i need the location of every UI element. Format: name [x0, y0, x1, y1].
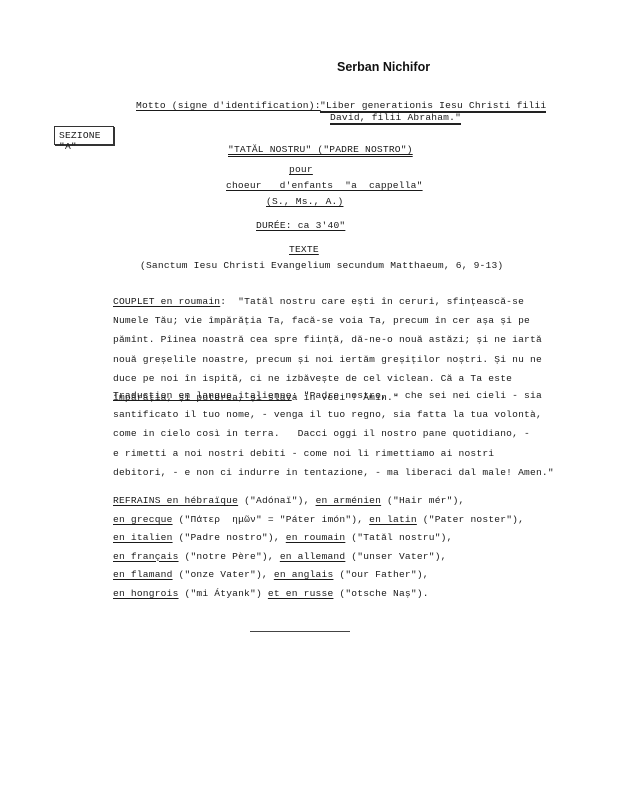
- pour-wrap: pour: [289, 164, 313, 175]
- motto-line-1-wrap: "Liber generationis Iesu Christi filii: [320, 100, 546, 111]
- title-wrap: "TATĂL NOSTRU" ("PADRE NOSTRO"): [228, 144, 413, 155]
- ensemble-wrap: choeur d'enfants "a cappella": [226, 180, 423, 191]
- couplet-line: nouă greșelile noastre, precum și noi ie…: [113, 350, 542, 369]
- motto-line-2-wrap: David, filii Abraham.": [330, 112, 461, 123]
- couplet-line: pămînt. Pîinea noastră cea spre ființă, …: [113, 330, 542, 349]
- refrain-line: en italien ("Padre nostro"), en roumain …: [113, 529, 524, 548]
- traduction-line: e rimetti a noi nostri debiti - come noi…: [113, 444, 554, 463]
- traduction-line: Traduction en langue italienne: "Padre n…: [113, 386, 554, 405]
- title-voices: (S., Ms., A.): [266, 196, 343, 207]
- refrains-block: REFRAINS en hébraïque ("Adónaï"), en arm…: [113, 492, 524, 603]
- refrain-line: en grecque ("Πάτερ ημῶν" = "Páter imón")…: [113, 511, 524, 530]
- section-box: SEZIONE "A": [54, 126, 114, 145]
- title-ensemble: choeur d'enfants "a cappella": [226, 180, 423, 191]
- section-label: SEZIONE "A": [59, 130, 113, 152]
- traduction-line: come in cielo così in terra. Dacci oggi …: [113, 424, 554, 443]
- motto-label-wrap: Motto (signe d'identification):: [136, 100, 321, 111]
- duration-wrap: DURÉE: ca 3'40": [256, 220, 345, 231]
- voices-wrap: (S., Ms., A.): [266, 196, 343, 207]
- traduction-line: debitori, - e non ci indurre in tentazio…: [113, 463, 554, 482]
- author-name: Serban Nichifor: [337, 60, 430, 74]
- refrain-line: en hongrois ("mi Átyank") et en russe ("…: [113, 585, 524, 604]
- motto-line-2: David, filii Abraham.": [330, 112, 461, 125]
- traduction-block: Traduction en langue italienne: "Padre n…: [113, 386, 554, 482]
- traduction-label: Traduction en langue italienne: [113, 390, 292, 401]
- title-main: "TATĂL NOSTRU" ("PADRE NOSTRO"): [228, 144, 413, 155]
- couplet-line: COUPLET en roumain: "Tatăl nostru care e…: [113, 292, 542, 311]
- texte-source: (Sanctum Iesu Christi Evangelium secundu…: [140, 260, 503, 271]
- couplet-label: COUPLET en roumain: [113, 296, 220, 307]
- refrain-line: en français ("notre Père"), en allemand …: [113, 548, 524, 567]
- traduction-line: santificato il tuo nome, - venga il tuo …: [113, 405, 554, 424]
- couplet-line: Numele Tău; vie împărăția Ta, facă-se vo…: [113, 311, 542, 330]
- closing-rule: [250, 631, 350, 632]
- motto-label: Motto (signe d'identification):: [136, 100, 321, 111]
- refrain-line: en flamand ("onze Vater"), en anglais ("…: [113, 566, 524, 585]
- title-duration: DURÉE: ca 3'40": [256, 220, 345, 231]
- texte-heading: TEXTE: [289, 244, 319, 255]
- refrain-line: REFRAINS en hébraïque ("Adónaï"), en arm…: [113, 492, 524, 511]
- texte-heading-wrap: TEXTE: [289, 244, 319, 255]
- title-pour: pour: [289, 164, 313, 175]
